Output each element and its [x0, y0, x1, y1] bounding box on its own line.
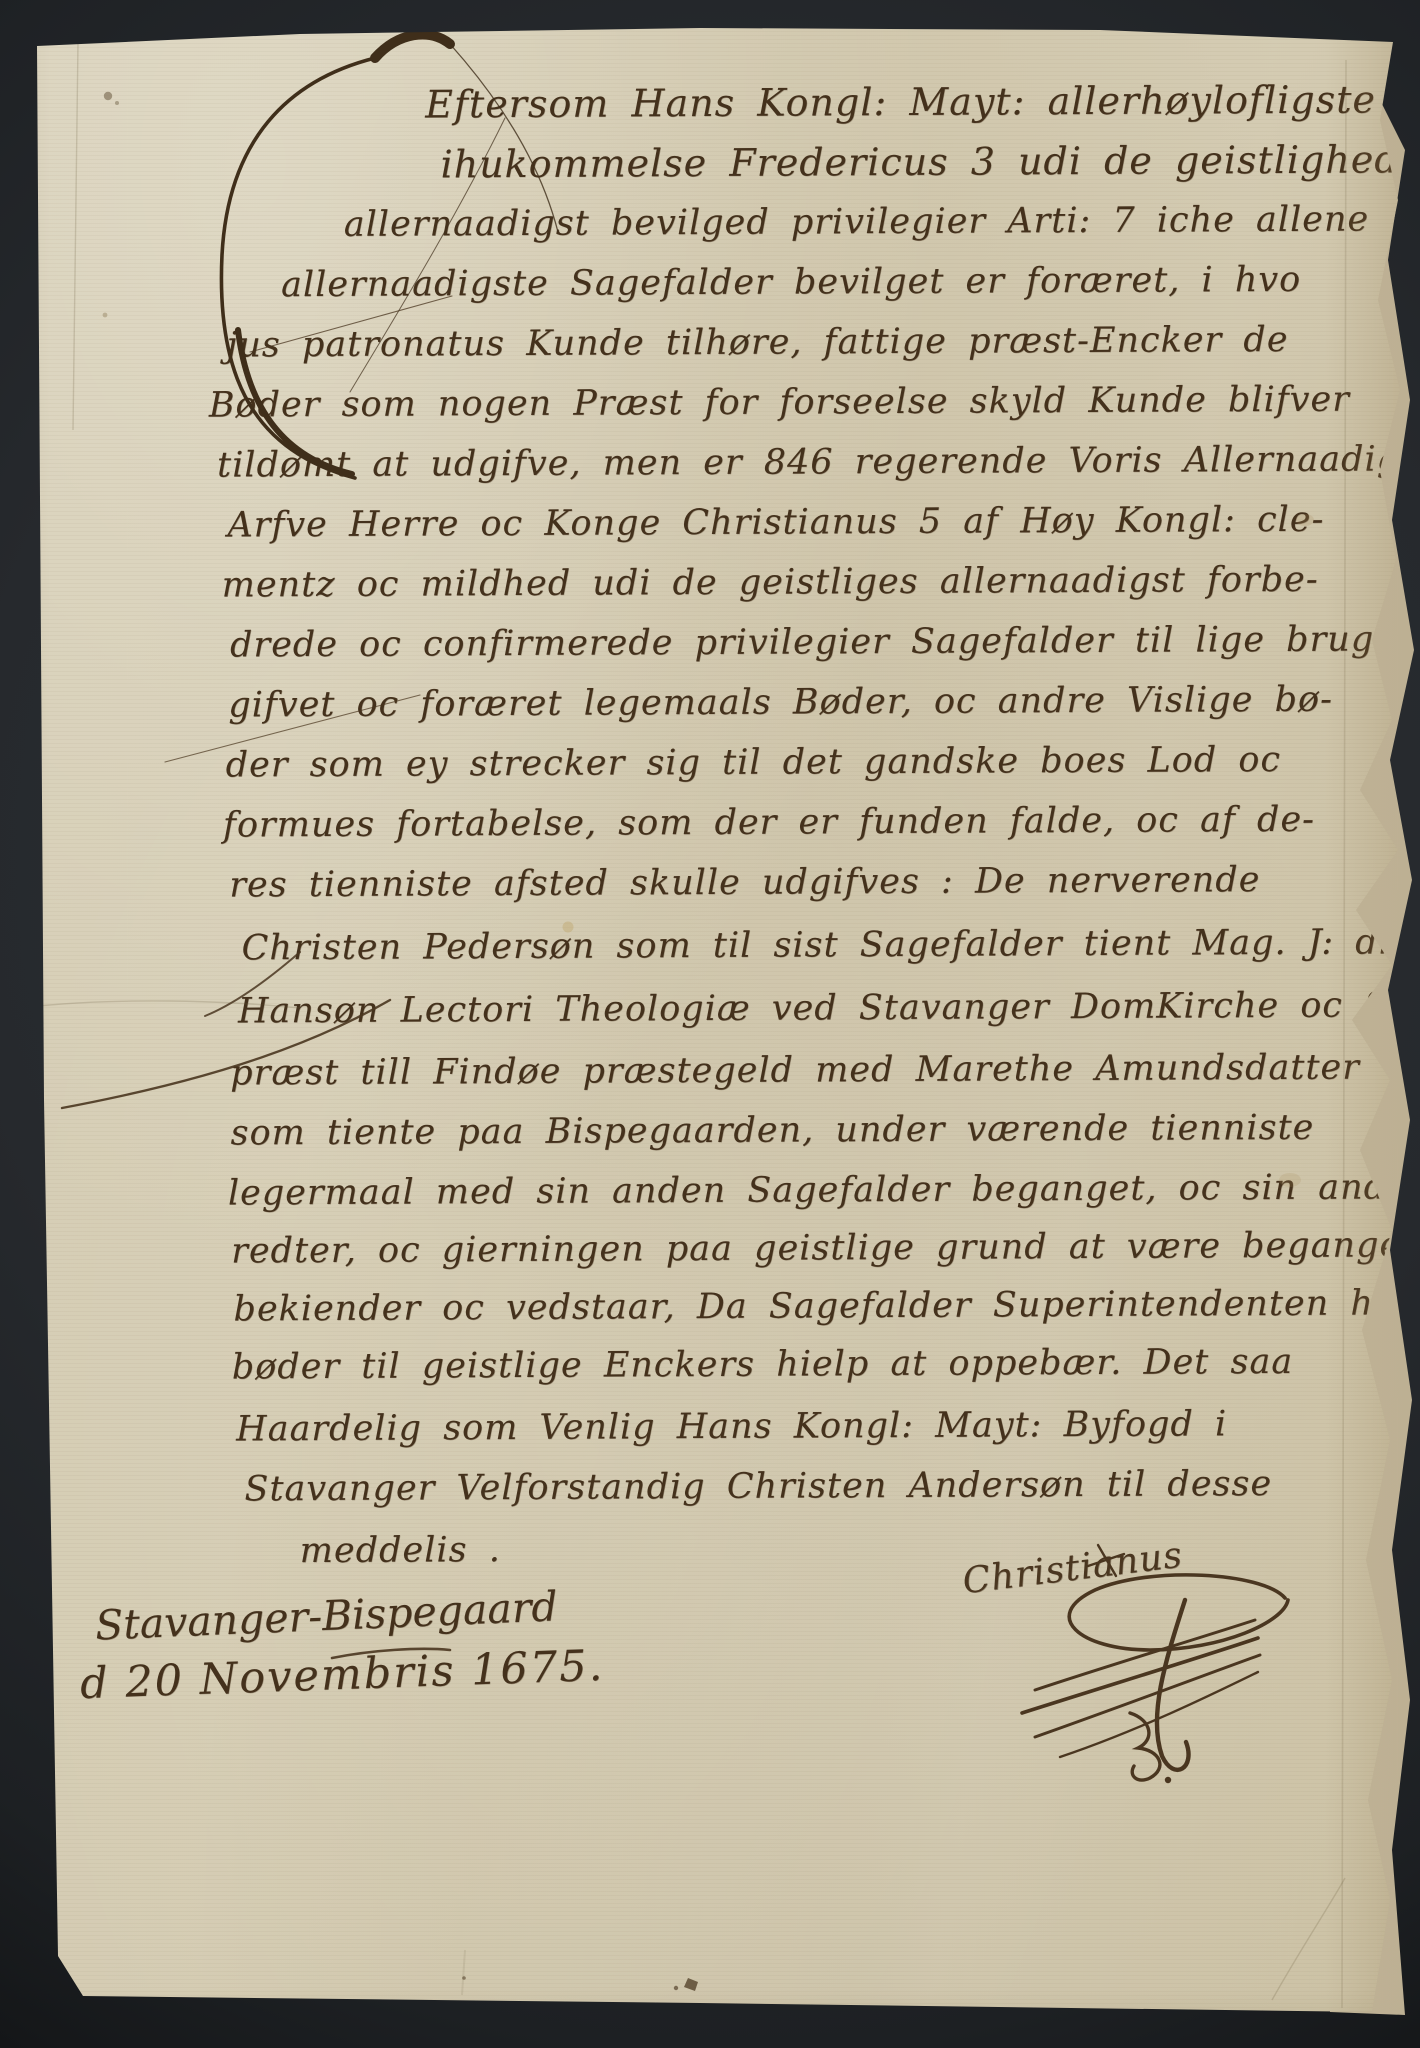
text-line: Hansøn Lectori Theologiæ ved Stavanger D… — [238, 988, 1420, 1030]
text-line: Stavanger Velforstandig Christen Andersø… — [244, 1467, 1272, 1507]
text-line: præst till Findøe præstegeld med Marethe… — [230, 1051, 1360, 1092]
manuscript-sheet: Eftersom Hans Kongl: Mayt: allerhøylofli… — [0, 0, 1420, 2048]
text-line: allernaadigste Sagefalder bevilget er fo… — [281, 263, 1301, 303]
text-line: der som ey strecker sig til det gandske … — [226, 743, 1282, 784]
text-line: mentz oc mildhed udi de geistliges aller… — [222, 563, 1319, 604]
text-line: drede oc confirmerede privilegier Sagefa… — [230, 623, 1374, 664]
text-line: tildømt at udgifve, men er 846 regerende… — [217, 442, 1420, 483]
text-line: jus patronatus Kunde tilhøre, fattige pr… — [226, 323, 1288, 364]
text-line: Haardelig som Venlig Hans Kongl: Mayt: B… — [236, 1407, 1227, 1447]
text-line: Christen Pedersøn som til sist Sagefalde… — [242, 925, 1403, 966]
letter-body: Eftersom Hans Kongl: Mayt: allerhøylofli… — [0, 0, 1420, 2048]
archive-scan-background: Eftersom Hans Kongl: Mayt: allerhøylofli… — [0, 0, 1420, 2048]
text-line: legermaal med sin anden Sagefalder began… — [228, 1170, 1400, 1211]
text-line: bøder til geistlige Enckers hielp at opp… — [232, 1345, 1294, 1386]
text-line: gifvet oc foræret legemaals Bøder, oc an… — [228, 683, 1333, 724]
text-line: res tienniste afsted skulle udgifves : D… — [229, 863, 1260, 903]
text-line: bekiender oc vedstaar, Da Sagefalder Sup… — [233, 1286, 1420, 1327]
text-line: ihukommelse Fredericus 3 udi de geistlig… — [440, 140, 1420, 183]
text-line: allernaadigst bevilged privilegier Arti:… — [344, 203, 1370, 243]
text-line: som tiente paa Bispegaarden, under væren… — [230, 1111, 1314, 1152]
text-line: Bøder som nogen Præst for forseelse skyl… — [209, 383, 1350, 424]
text-line: formues fortabelse, som der er funden fa… — [223, 803, 1315, 844]
text-line: redter, oc gierningen paa geistlige grun… — [231, 1228, 1420, 1269]
text-line: Arfve Herre oc Konge Christianus 5 af Hø… — [227, 503, 1324, 544]
text-line: Eftersom Hans Kongl: Mayt: allerhøylofli… — [425, 81, 1376, 124]
text-line: meddelis . — [300, 1533, 501, 1569]
